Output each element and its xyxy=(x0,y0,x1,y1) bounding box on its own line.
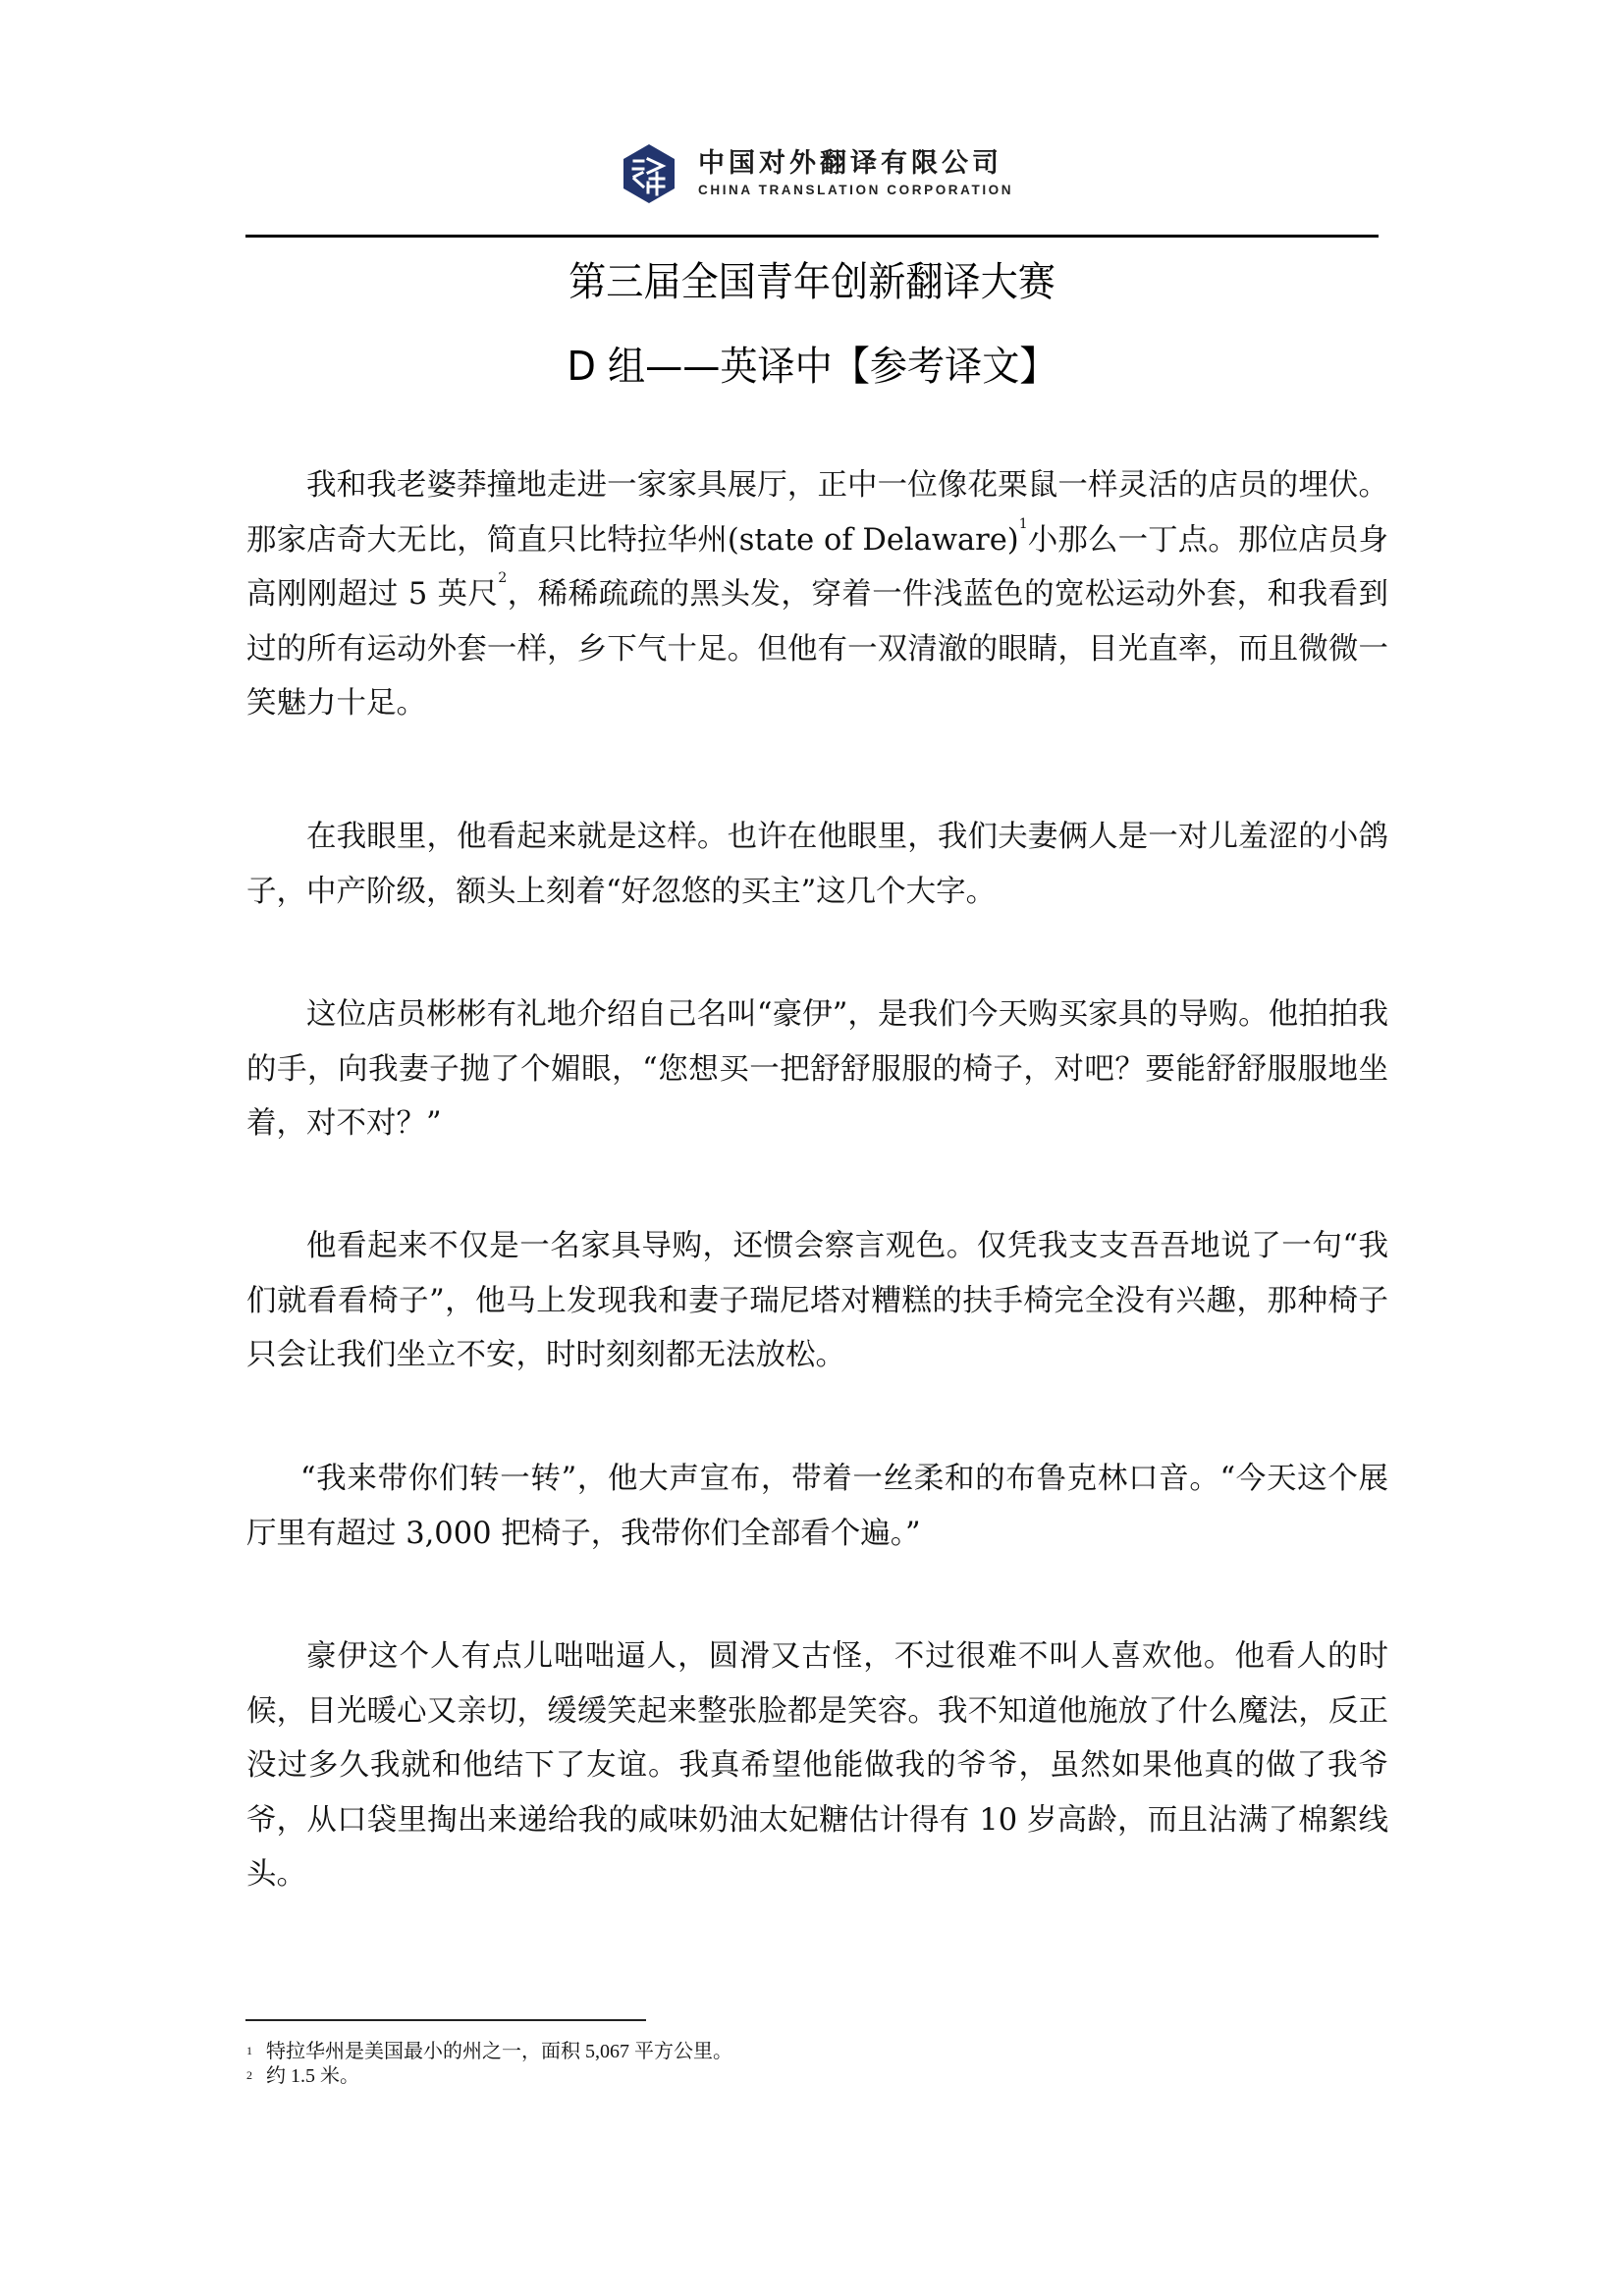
paragraph-3: 这位店员彬彬有礼地介绍自己名叫“豪伊”，是我们今天购买家具的导购。他拍拍我的手，… xyxy=(246,988,1388,1151)
footnote-divider xyxy=(245,2019,646,2021)
footnote-2: 2 约 1.5 米。 xyxy=(246,2064,732,2089)
document-title: 第三届全国青年创新翻译大赛 xyxy=(57,257,1567,306)
footnote-ref-2[interactable]: 2 xyxy=(498,570,507,586)
footnote-text: 特拉华州是美国最小的州之一，面积 5,067 平方公里。 xyxy=(266,2040,732,2064)
footnote-text: 约 1.5 米。 xyxy=(266,2064,359,2089)
paragraph-text: 在我眼里，他看起来就是这样。也许在他眼里，我们夫妻俩人是一对儿羞涩的小鸽子，中产… xyxy=(246,810,1388,919)
paragraph-6: 豪伊这个人有点儿咄咄逼人，圆滑又古怪，不过很难不叫人喜欢他。他看人的时候，目光暖… xyxy=(246,1629,1388,1902)
paragraph-text: “我来带你们转一转”，他大声宣布，带着一丝柔和的布鲁克林口音。“今天这个展厅里有… xyxy=(246,1452,1388,1561)
paragraph-text: 豪伊这个人有点儿咄咄逼人，圆滑又古怪，不过很难不叫人喜欢他。他看人的时候，目光暖… xyxy=(246,1629,1388,1902)
footnote-number: 2 xyxy=(246,2063,266,2088)
footnote-ref-1[interactable]: 1 xyxy=(1019,516,1028,532)
document-subtitle: D 组——英译中【参考译文】 xyxy=(57,342,1567,391)
paragraph-5: “我来带你们转一转”，他大声宣布，带着一丝柔和的布鲁克林口音。“今天这个展厅里有… xyxy=(246,1452,1388,1561)
logo-chinese-name: 中国对外翻译有限公司 xyxy=(698,148,1013,180)
company-logo: 中国对外翻译有限公司 CHINA TRANSLATION CORPORATION xyxy=(622,143,1013,204)
footnote-1: 1 特拉华州是美国最小的州之一，面积 5,067 平方公里。 xyxy=(246,2040,732,2064)
footnotes: 1 特拉华州是美国最小的州之一，面积 5,067 平方公里。 2 约 1.5 米… xyxy=(246,2040,732,2089)
footnote-number: 1 xyxy=(246,2039,266,2063)
paragraph-text: 他看起来不仅是一名家具导购，还惯会察言观色。仅凭我支支吾吾地说了一句“我们就看看… xyxy=(246,1219,1388,1383)
document-page: 中国对外翻译有限公司 CHINA TRANSLATION CORPORATION… xyxy=(0,0,1624,2296)
paragraph-4: 他看起来不仅是一名家具导购，还惯会察言观色。仅凭我支支吾吾地说了一句“我们就看看… xyxy=(246,1219,1388,1383)
paragraph-2: 在我眼里，他看起来就是这样。也许在他眼里，我们夫妻俩人是一对儿羞涩的小鸽子，中产… xyxy=(246,810,1388,919)
logo-english-name: CHINA TRANSLATION CORPORATION xyxy=(698,182,1013,199)
translation-hexagon-icon xyxy=(622,143,677,204)
paragraph-text: 这位店员彬彬有礼地介绍自己名叫“豪伊”，是我们今天购买家具的导购。他拍拍我的手，… xyxy=(246,988,1388,1151)
paragraph-1: 我和我老婆莽撞地走进一家家具展厅，正中一位像花栗鼠一样灵活的店员的埋伏。那家店奇… xyxy=(246,458,1388,731)
header-divider xyxy=(245,235,1379,238)
